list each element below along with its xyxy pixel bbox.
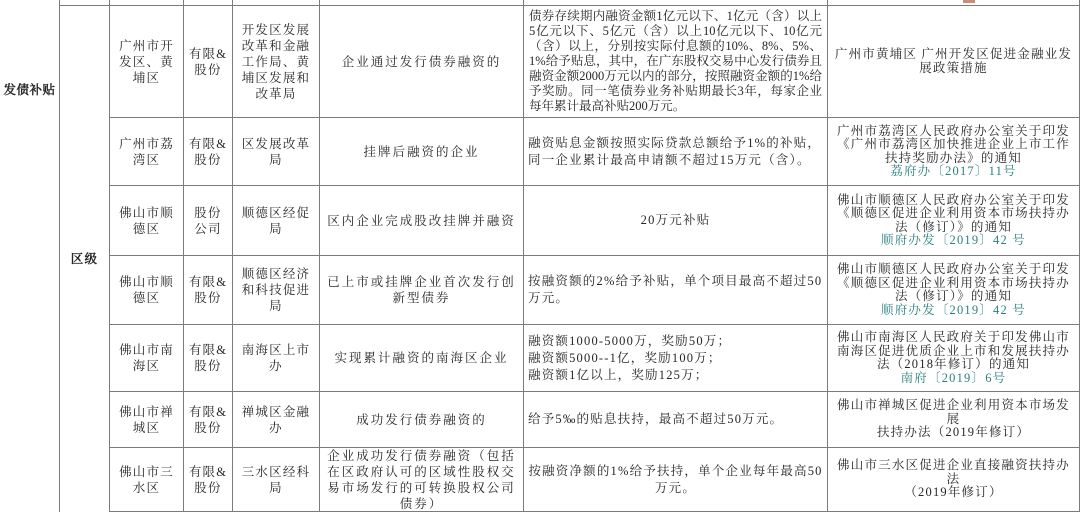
row6-policy-cell: 佛山市禅城区促进企业利用资本市场发展 扶持办法（2019年修订） — [828, 392, 1080, 448]
row3-company-type-cell: 股份公司 — [184, 186, 233, 256]
row4-subsidy-cell: 按融资额的2%给予补贴，单个项目最高不超过50 万元。 — [524, 256, 828, 325]
row7-subsidy-cell: 按融资净额的1%给予扶持，单个企业每年最高50万元。 — [524, 448, 828, 512]
row5-condition-cell: 实现累计融资的南海区企业 — [320, 325, 524, 392]
row5-subsidy-cell: 融资额1000-5000万，奖励50万； 融资额5000--1亿，奖励100万；… — [524, 325, 828, 392]
policy-title: 佛山市南海区人民政府关于印发佛山市南海区促进优质企业上市和发展扶持办法（2018… — [831, 331, 1076, 372]
row4-department-cell: 顺德区经济和科技促进局 — [233, 256, 320, 325]
row4-company-type-cell: 有限&股份 — [184, 256, 233, 325]
row3-subsidy-cell: 20万元补贴 — [524, 186, 828, 256]
row3-department-cell: 顺德区经促局 — [233, 186, 320, 256]
row5-company-type-cell: 有限&股份 — [184, 325, 233, 392]
row4-policy-cell: 佛山市顺德区人民政府办公室关于印发《顺德区促进企业利用资本市场扶持办法（修订）》… — [828, 256, 1080, 325]
row2-subsidy-cell: 融资贴息金额按照实际贷款总额给予1%的补贴，同一企业累计最高申请额不超过15万元… — [524, 118, 828, 186]
row1-company-type-cell: 有限&股份 — [184, 6, 233, 118]
row7-department-cell: 三水区经科局 — [233, 448, 320, 512]
policy-title: 佛山市禅城区促进企业利用资本市场发展 扶持办法（2019年修订） — [831, 399, 1076, 440]
row4-condition-cell: 已上市或挂牌企业首次发行创新型债券 — [320, 256, 524, 325]
row6-condition-cell: 成功发行债券融资的 — [320, 392, 524, 448]
row2-policy-cell: 广州市荔湾区人民政府办公室关于印发《广州市荔湾区加快推进企业上市工作扶持奖励办法… — [828, 118, 1080, 186]
policy-doc-number: 顺府办发〔2019〕42 号 — [881, 304, 1026, 318]
row6-company-type-cell: 有限&股份 — [184, 392, 233, 448]
policy-doc-number: 顺府办发〔2019〕42 号 — [881, 234, 1026, 248]
row5-department-cell: 南海区上市办 — [233, 325, 320, 392]
level-label: 区级 — [71, 251, 98, 267]
category-cell: 发债补贴 — [0, 0, 60, 512]
row1-policy-cell: 广州市黄埔区 广州开发区促进金融业发展政策措施 — [828, 6, 1080, 118]
policy-title: 佛山市三水区促进企业直接融资扶持办法 （2019年修订） — [831, 459, 1076, 500]
subsidy-policy-table: 发债补贴 区级 广州市开发区、黄埔区 有限&股份 开发区发展改革和金融工作局、黄… — [0, 0, 1080, 512]
row3-policy-cell: 佛山市顺德区人民政府办公室关于印发《顺德区促进企业利用资本市场扶持办法（修订）》… — [828, 186, 1080, 256]
row3-condition-cell: 区内企业完成股改挂牌并融资 — [320, 186, 524, 256]
policy-doc-number: 南府〔2019〕6号 — [901, 372, 1007, 386]
category-label: 发债补贴 — [4, 82, 56, 98]
row5-policy-cell: 佛山市南海区人民政府关于印发佛山市南海区促进优质企业上市和发展扶持办法（2018… — [828, 325, 1080, 392]
clipped-text-artifact — [963, 0, 975, 3]
policy-title: 广州市黄埔区 广州开发区促进金融业发展政策措施 — [831, 48, 1076, 75]
row3-region-cell: 佛山市顺德区 — [110, 186, 184, 256]
row7-condition-cell: 企业成功发行债券融资（包括在区政府认可的区域性股权交易市场发行的可转换股权公司债… — [320, 448, 524, 512]
row1-department-cell: 开发区发展改革和金融工作局、黄埔区发展和改革局 — [233, 6, 320, 118]
row7-company-type-cell: 有限&股份 — [184, 448, 233, 512]
policy-title: 佛山市顺德区人民政府办公室关于印发《顺德区促进企业利用资本市场扶持办法（修订）》… — [831, 194, 1076, 235]
row5-region-cell: 佛山市南海区 — [110, 325, 184, 392]
level-cell: 区级 — [60, 6, 110, 512]
row2-condition-cell: 挂牌后融资的企业 — [320, 118, 524, 186]
row2-department-cell: 区发展改革局 — [233, 118, 320, 186]
row1-region-cell: 广州市开发区、黄埔区 — [110, 6, 184, 118]
row4-region-cell: 佛山市顺德区 — [110, 256, 184, 325]
row6-subsidy-cell: 给予5‰的贴息扶持，最高不超过50万元。 — [524, 392, 828, 448]
row2-region-cell: 广州市荔湾区 — [110, 118, 184, 186]
row6-department-cell: 禅城区金融办 — [233, 392, 320, 448]
row1-condition-cell: 企业通过发行债券融资的 — [320, 6, 524, 118]
policy-title: 佛山市顺德区人民政府办公室关于印发《顺德区促进企业利用资本市场扶持办法（修订）》… — [831, 263, 1076, 304]
row1-subsidy-cell: 债券存续期内融资金额1亿元以下、1亿元（含）以上5亿元以下、5亿元（含）以上10… — [524, 6, 828, 118]
policy-title: 广州市荔湾区人民政府办公室关于印发《广州市荔湾区加快推进企业上市工作扶持奖励办法… — [831, 125, 1076, 166]
row7-region-cell: 佛山市三水区 — [110, 448, 184, 512]
row7-policy-cell: 佛山市三水区促进企业直接融资扶持办法 （2019年修订） — [828, 448, 1080, 512]
row6-region-cell: 佛山市禅城区 — [110, 392, 184, 448]
row2-company-type-cell: 有限&股份 — [184, 118, 233, 186]
policy-doc-number: 荔府办〔2017〕11号 — [890, 165, 1016, 179]
